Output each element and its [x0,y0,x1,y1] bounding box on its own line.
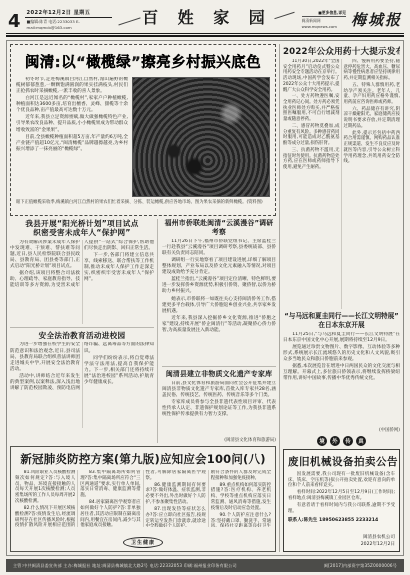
article-paragraph: 专家库成员将参与全县非遗代表性项目评审、代表性传承人认定、非遗保护规划论证等工作… [162,400,276,418]
qa-item: 89.重点机构如何落实防控措施?答:医疗机构、养老机构、学校等重点机构应落实日常… [211,483,271,512]
qa-item: 81.风险职业人员核酸检测频次如何规定?答:与入境人员、物品、环境直接接触的人员… [15,470,75,505]
badge-circle: 传 [343,436,353,446]
article-paragraph: 三、抗菌药物不滥用,无指征时勿使用。抗菌药物是处方药,应在医师或药师指导下使用,… [283,148,340,171]
article-paragraph: 此外,提示还包括中药西药合用需谨慎、网购药品认准正规渠道、发生不良反应及时就医等… [344,131,401,165]
sunshine-headline-line2: 织密受害未成年人“保护网” [10,228,154,237]
article-paragraph: 白河江是远近闻名的“橄榄村”,家家户户种植橄榄,种植面积达3600多亩,培育出檀… [16,96,128,114]
olive-harvest-photo [132,77,270,197]
article-source: (中国侨网) [283,427,400,433]
health-badge: 卫生健康 [123,537,163,548]
article-source: (闽清县文化体育和旅游局) [162,437,276,443]
article-paragraph: 近年来,我县深入挖掘侨乡文化资源,推进“侨胞之家”建设,持续开展“侨企闽清行”等… [162,316,276,334]
decorative-slash [118,18,140,26]
article-paragraph: 初冬时节,走进梅溪镇白河江自然村,漫山遍野的橄榄树郁郁葱葱,一颗颗饱满圆润的果实… [16,77,128,95]
covid-headline: 新冠肺炎防控方案(第九版)应知应会100问(八) [15,451,271,467]
auction-contact-label: 联系人:陈先生 [288,518,317,523]
content-frame: 闽清:以“橄榄绿”擦亮乡村振兴底色 初冬时节,走进梅溪镇白河江自然村,漫山遍野的… [6,40,404,556]
page-header: 4 2022年12月2日 星期五 ■编辑:陈青 电话:2233033 E-mai… [0,0,410,32]
footer-bar: 主管:中共闽清县委宣传部 主办:梅城报社 地址:闽清县梅城镇北大路2号 电话:2… [6,559,404,572]
photo-caption: 眼下正值橄榄采收季,梅溪镇白河江自然村的果农们忙着采摘、分拣、装运橄榄,供应各地… [16,200,270,206]
article-paragraph: 蓝桂兰指出,“云溪漫谷”项目定位清晰、特色鲜明,要进一步发挥侨乡资源优势,积极引… [162,277,276,295]
tokyo-headline-line1: “与马远和夏圭同行——长江文明特展” [283,312,400,321]
covid-body: 81.风险职业人员核酸检测频次如何规定?答:与入境人员、物品、环境直接接触的人员… [15,470,271,527]
overseas-news-badge: 境 外 传 真 [283,436,400,446]
footer-right-text: 闽[2017]内部资字第35Z0000006号 [324,563,397,569]
article-paragraph: 因发展需要,我公司现有一批废旧机械设备(含车床、铣床、空压机等)拟公开拍卖处置,… [288,472,395,489]
article-paragraph: 11月26日下午,福州市侨联党组书记、主席蓝桂兰一行赴我县“云溪漫谷”项目调研考… [162,239,276,257]
tokyo-body: 11月25日,“与马远和夏圭同行——长江文明特展”在日本东京中国文化中心开展,展… [283,332,400,426]
badge-circle: 外 [330,436,340,446]
safety-body: 为进一步增强在校学生的安全防范意识和法治观念,近日,县司法局、县教育局联合组织普… [10,342,154,428]
article-paragraph: 五、特殊人群慎用药,老幼孕产须关注。老年人、儿童、孕产妇用药应格外谨慎,用药前应… [344,83,401,106]
article-paragraph: 据悉,本次展览旨在增进中日两国民众的文化交流与相互理解。开幕式上,多位旅日侨领表… [283,364,400,382]
website-line: 闽清新闻网 www.mqnews.com [302,16,346,29]
auction-contact-phones: 18950623855 2233214 [319,518,378,523]
article-divider [10,327,154,328]
article-paragraph: 展览通过珍贵文物图片、数字影像、互动体验等多种形式,系统展示长江流域悠久的历史文… [283,345,400,363]
decorative-slash [274,12,294,19]
section-title: 百 姓 家 园 [142,5,272,30]
newspaper-page: 4 2022年12月2日 星期五 ■编辑:陈青 电话:2233033 E-mai… [0,0,410,575]
auction-headline: 废旧机械设备拍卖公告 [288,454,395,469]
qa-item: 84.居家隔离医学观察者应如何做好个人防护?答:非单独居住者,其活动应限制在隔离… [80,500,140,527]
article-paragraph: 她表示,市侨联将一如既往关心支持闽清侨务工作,搭建更多平台载体,引导广大侨胞返乡… [162,297,276,315]
footer-left-text: 主管:中共闽清县委宣传部 主办:梅城报社 地址:闽清县梅城镇北大路2号 电话:2… [13,563,237,569]
article-paragraph: 11月30日,2022年“全国安全用药月”启动仪式暨公众用药安全专题活动在京举行… [283,59,340,93]
editor-line: ■编辑:陈青 电话:2233033 E-mail:mqmcb@163.com [25,18,112,30]
article-paragraph: 近年来,我县立足资源禀赋,做大做强橄榄特色产业,引导果农改良品种、提升品质,小小… [16,115,128,133]
olive-body: 初冬时节,走进梅溪镇白河江自然村,漫山遍野的橄榄树郁郁葱葱,一颗颗饱满圆润的果实… [16,77,128,197]
date-line: 2022年12月2日 星期五 [25,9,112,18]
badge-circle: 境 [317,436,327,446]
article-paragraph: 六、药品储存有讲究,阴凉干燥避阳光。家庭储药应按说明书要求存放,并定期清理过期药… [344,107,401,130]
qiaolian-headline: 福州市侨联赴闽清“云溪漫谷”调研考察 [162,219,276,237]
header-rule [6,33,404,37]
article-paragraph: 调研组一行实地察看了项目建设进展,详细了解项目整体规划、产业布局以及侨文化元素融… [162,258,276,276]
qa-item: 87.出现发热等症状怎么办?答:应立即向社区报告,按规定转运至发热门诊就诊,就诊… [146,507,206,527]
medicine-body: 11月30日,2022年“全国安全用药月”启动仪式暨公众用药安全专题活动在京举行… [283,59,400,309]
article-paragraph: 看样时间:2022年12月5日至12月9日(工作时间);看样地点:闽清县梅溪镇工… [288,490,395,502]
article-paragraph: 11月25日,“与马远和夏圭同行——长江文明特展”在日本东京中国文化中心开展,展… [283,332,400,344]
qa-item: 86.健康监测期间有何要求?答:做好体温、症状监测,非必要不外出,外出时做好个人… [146,483,206,506]
qa-item: 83.集中隔离场所如何管理?答:集中隔离场所应符合“三区两通道”要求,实行单人单… [80,470,140,499]
article-paragraph: 有意者请于看样时间内与我公司联系,逾期不予受理。 [288,503,395,515]
olive-headline: 闽清:以“橄榄绿”擦亮乡村振兴底色 [16,51,270,72]
auction-date: 2022年12月2日 [288,542,395,548]
article-divider [162,366,276,367]
article-paragraph: 四、慢病用药要坚持,随意停药危害大。高血压、糖尿病等慢性病患者应坚持规律用药,并… [344,59,401,82]
article-paragraph: 一、处方药物遵医嘱,安全用药记心间。处方药必须凭执业医师处方购买,并严格按照医嘱… [283,94,340,123]
medicine-headline: 2022年公众用药十大提示发布 [283,45,400,57]
article-olive: 闽清:以“橄榄绿”擦亮乡村振兴底色 初冬时节,走进梅溪镇白河江自然村,漫山遍野的… [10,44,276,216]
article-paragraph: 同学们纷纷表示,将自觉尊法学法守法用法,提高自我保护能力。下一步,相关部门还将持… [84,356,154,386]
feiyi-body: 日前,县文化体育和旅游局面向社会公开征集并建立闽清县非物质文化遗产专家库,首批入… [162,381,276,436]
article-paragraph: 日前,县文化体育和旅游局面向社会公开征集并建立闽清县非物质文化遗产专家库,首批入… [162,381,276,399]
article-paragraph: 为有效解决涉案未成年人保护中发现难、干预难、帮扶难等问题,近日,县人民检察院联合… [10,240,80,270]
feiyi-headline: 闽清县建立非物质文化遗产专家库 [162,370,276,379]
sunshine-body: 为有效解决涉案未成年人保护中发现难、干预难、帮扶难等问题,近日,县人民检察院联合… [10,240,154,324]
page-number: 4 [8,14,21,30]
tokyo-headline-line2: 在日本东京开展 [283,321,400,330]
article-paragraph: 为进一步增强在校学生的安全防范意识和法治观念,近日,县司法局、县教育局联合组织普… [10,342,80,372]
safety-headline: 安全法治教育活动进校园 [10,331,154,340]
newspaper-masthead: 梅城报 [351,9,402,30]
article-paragraph: 目前,全县橄榄种植面积超5万亩,年产量约6万吨,全产业链产值超10亿元,“闽清橄… [16,135,128,153]
article-covid-qa: 新冠肺炎防控方案(第九版)应知应会100问(八) 81.风险职业人员核酸检测频次… [10,446,276,552]
qa-item: 90.个人防护应注意什么?答:坚持戴口罩、勤洗手、常通风、保持社交距离等良好卫生… [211,513,271,527]
qiaolian-body: 11月26日下午,福州市侨联党组书记、主席蓝桂兰一行赴我县“云溪漫谷”项目调研考… [162,239,276,363]
auction-notice: 废旧机械设备拍卖公告 因发展需要,我公司现有一批废旧机械设备(含车床、铣床、空压… [283,449,400,552]
auction-body: 因发展需要,我公司现有一批废旧机械设备(含车床、铣床、空压机等)拟公开拍卖处置,… [288,472,395,516]
badge-circle: 真 [356,436,366,446]
article-paragraph: 二、感冒药物莫叠加,成分重复有风险。多种感冒药同时服用,可能造成对乙酰氨基酚等成… [283,124,340,147]
article-paragraph: 下一步,各部门将建立信息共享、线索移送、联合帮扶等工作机制,推动未成年人保护工作… [84,253,154,283]
qa-item: 82.什么情况下开展区域核酸检测?答:疫情发生后,经流调研判存在社区传播风险时,… [15,506,75,527]
